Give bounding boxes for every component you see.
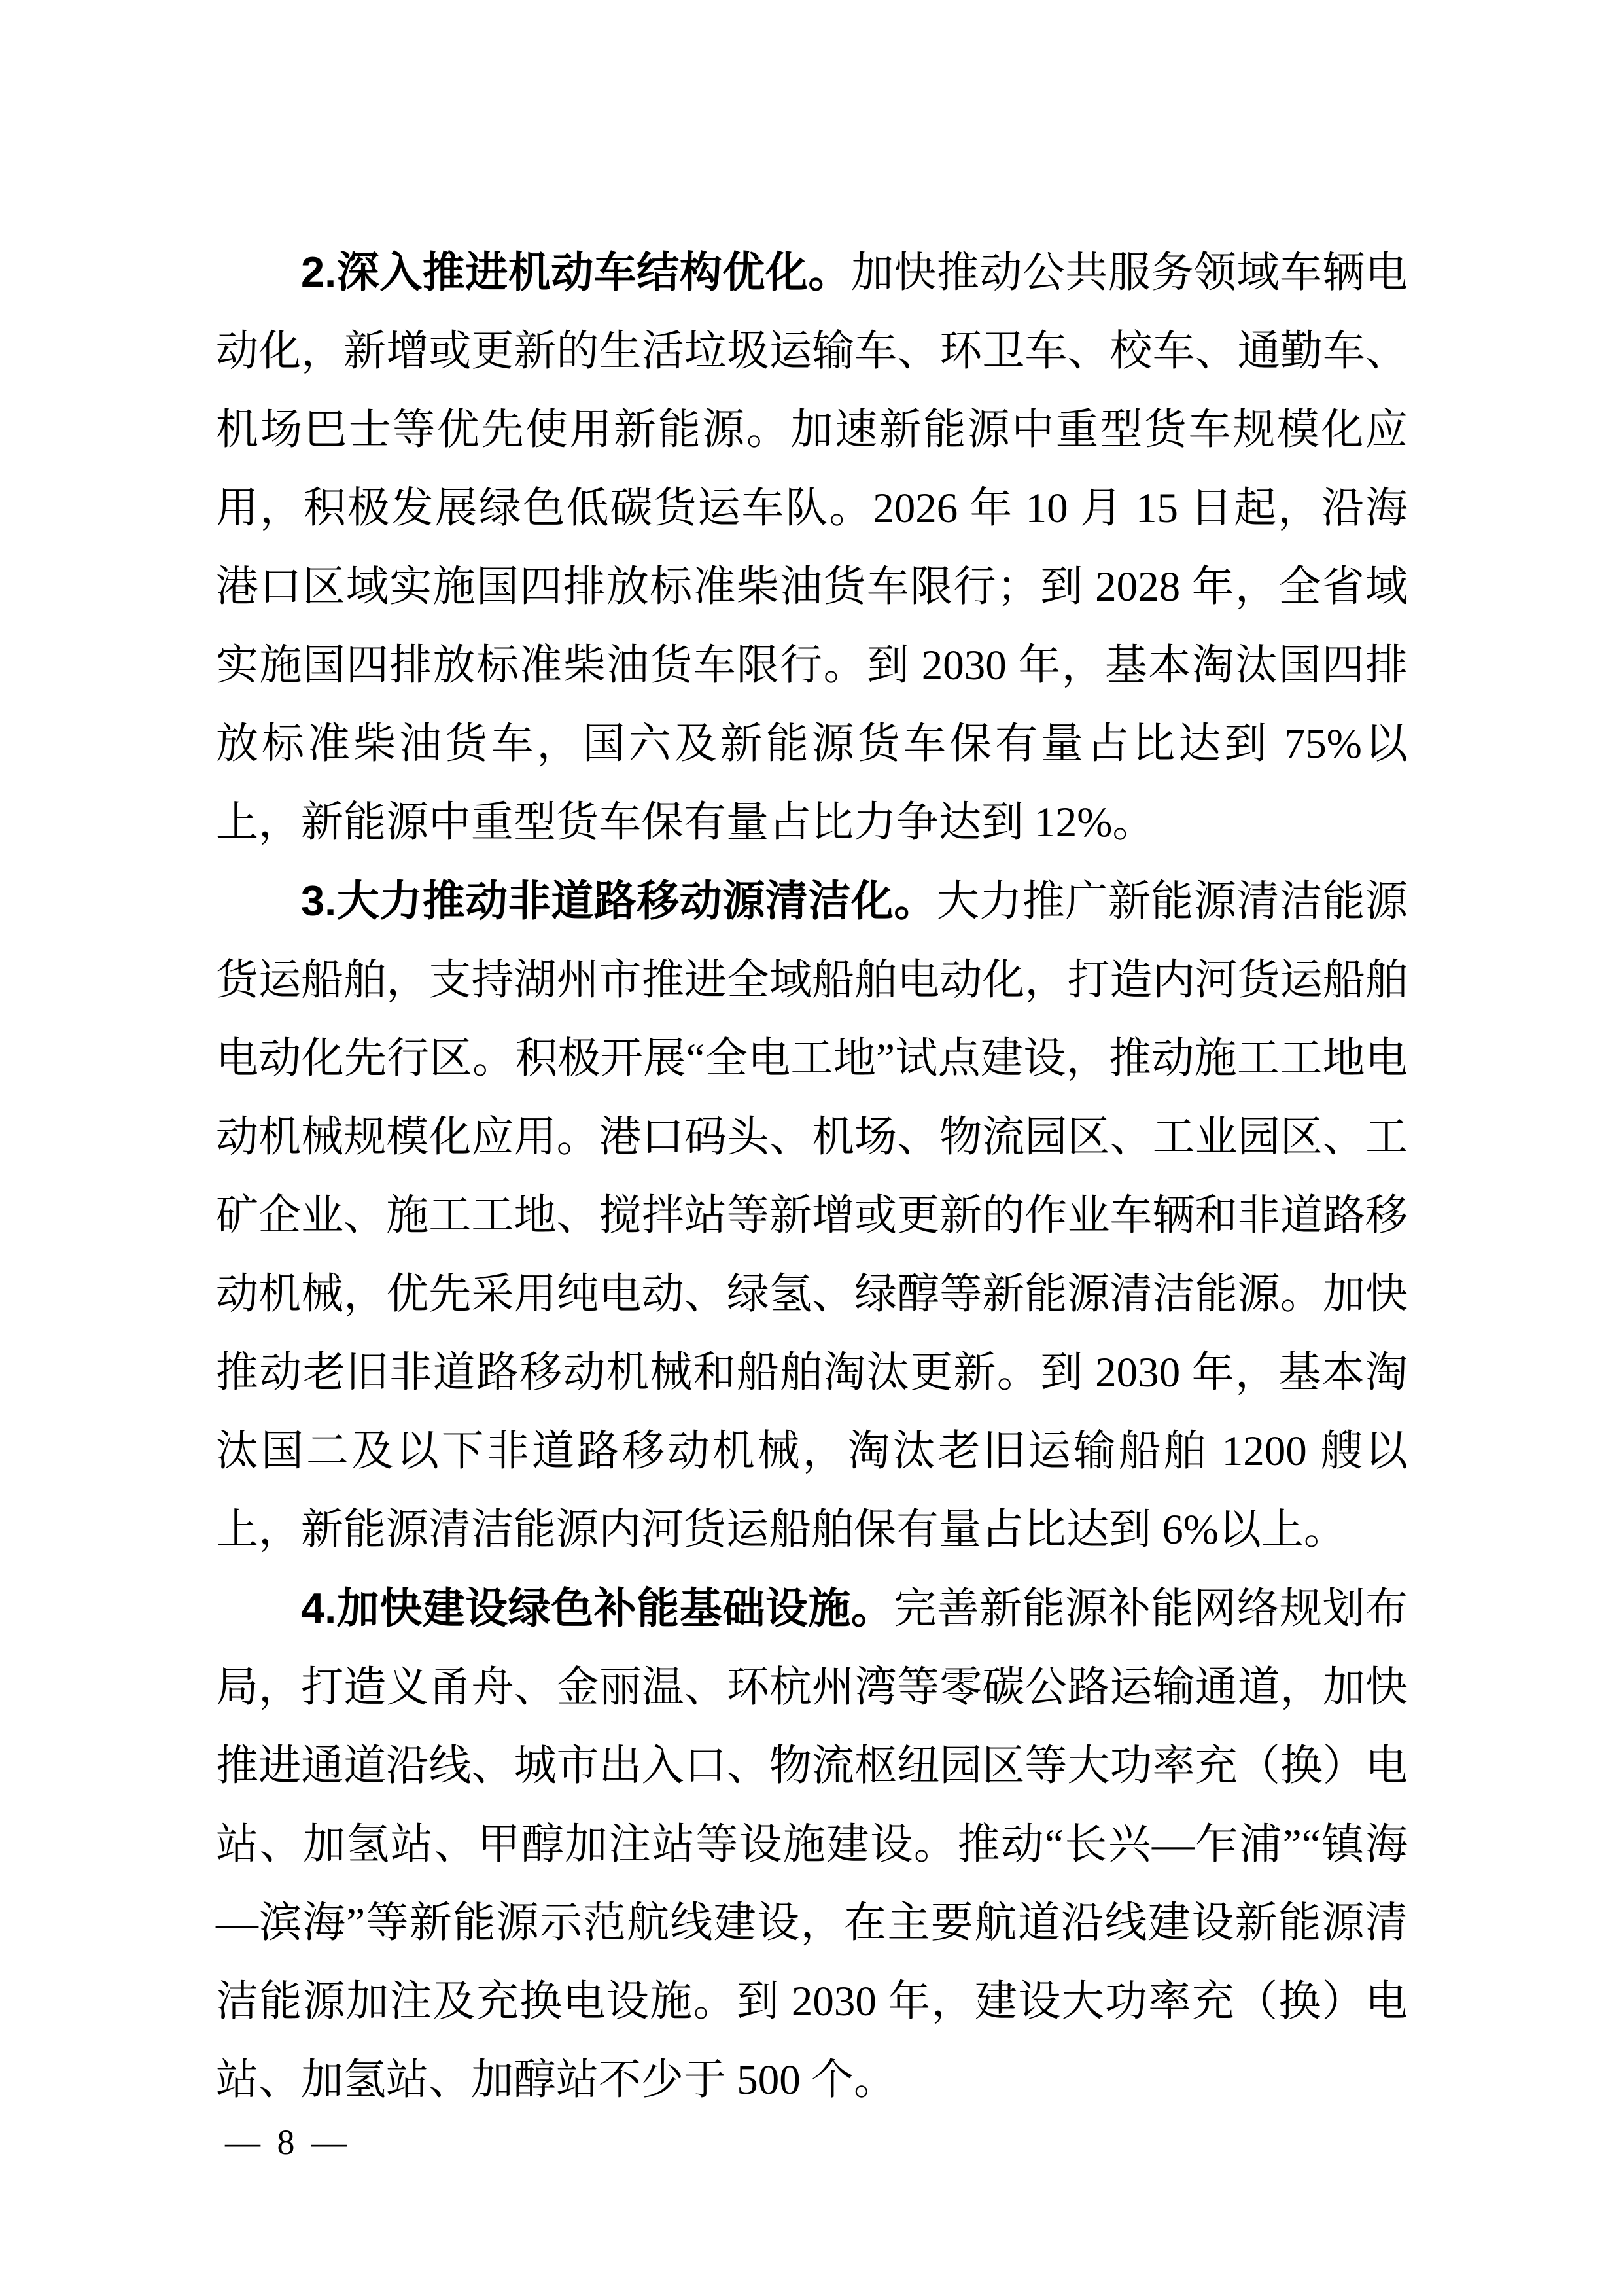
document-body: 2.深入推进机动车结构优化。加快推动公共服务领域车辆电动化，新增或更新的生活垃圾…: [216, 233, 1408, 2119]
paragraph-vehicle-structure: 2.深入推进机动车结构优化。加快推动公共服务领域车辆电动化，新增或更新的生活垃圾…: [216, 233, 1408, 862]
paragraph-nonroad-clean-text: 大力推广新能源清洁能源货运船舶，支持湖州市推进全域船舶电动化，打造内河货运船舶电…: [216, 878, 1408, 1553]
paragraph-green-infrastructure-lead: 4.加快建设绿色补能基础设施。: [301, 1584, 894, 1632]
document-page: 2.深入推进机动车结构优化。加快推动公共服务领域车辆电动化，新增或更新的生活垃圾…: [0, 0, 1623, 2296]
paragraph-vehicle-structure-lead: 2.深入推进机动车结构优化。: [301, 248, 851, 296]
page-number-label: — 8 —: [225, 2123, 351, 2162]
paragraph-nonroad-clean-lead: 3.大力推动非道路移动源清洁化。: [301, 877, 937, 925]
paragraph-green-infrastructure-text: 完善新能源补能网络规划布局，打造义甬舟、金丽温、环杭州湾等零碳公路运输通道，加快…: [216, 1585, 1408, 2104]
paragraph-green-infrastructure: 4.加快建设绿色补能基础设施。完善新能源补能网络规划布局，打造义甬舟、金丽温、环…: [216, 1569, 1408, 2119]
paragraph-nonroad-clean: 3.大力推动非道路移动源清洁化。大力推广新能源清洁能源货运船舶，支持湖州市推进全…: [216, 862, 1408, 1569]
paragraph-vehicle-structure-text: 加快推动公共服务领域车辆电动化，新增或更新的生活垃圾运输车、环卫车、校车、通勤车…: [216, 249, 1408, 846]
page-number: — 8 —: [225, 2116, 351, 2168]
